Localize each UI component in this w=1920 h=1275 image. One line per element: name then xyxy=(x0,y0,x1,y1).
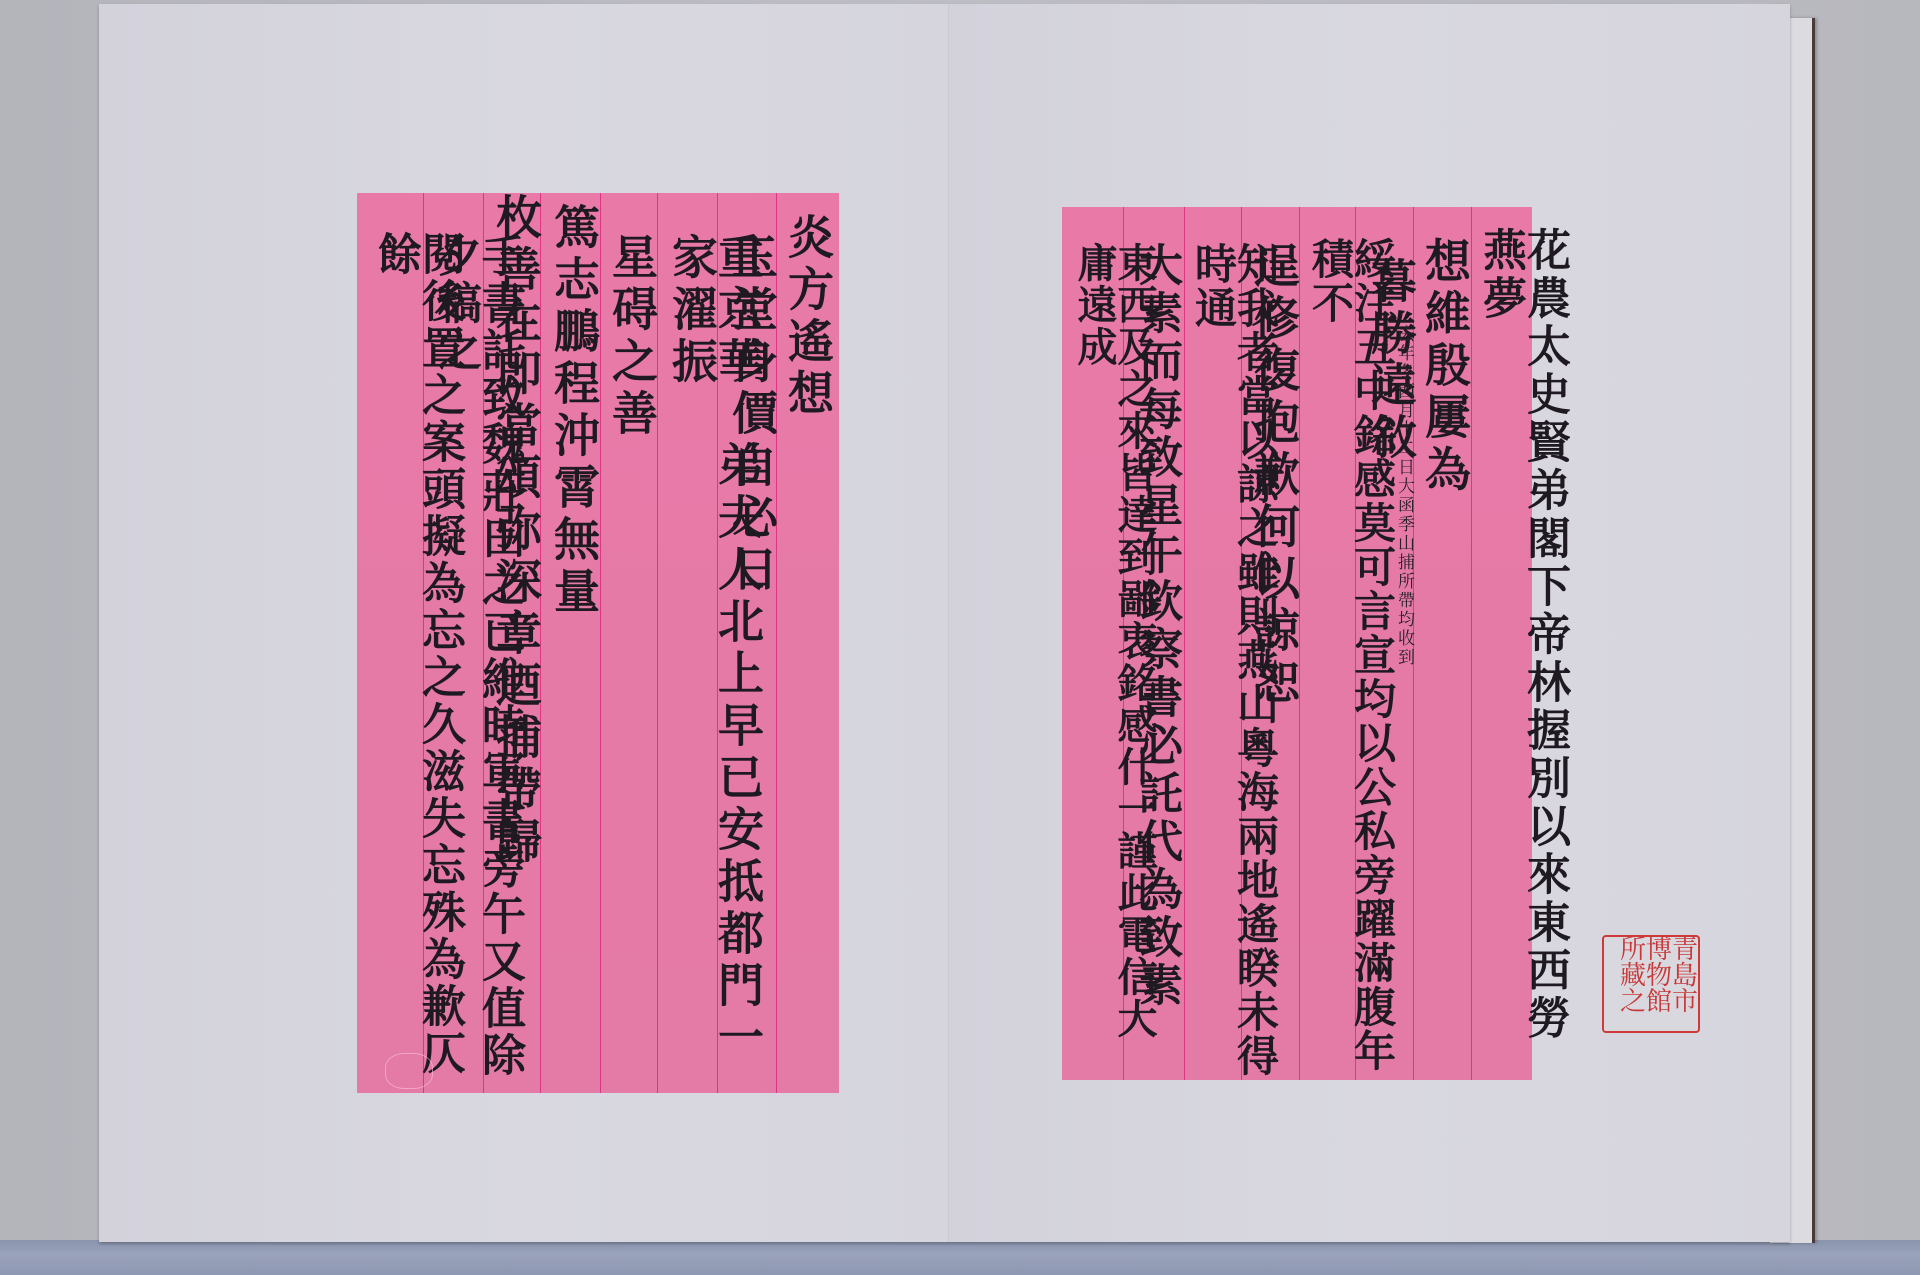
faint-seal-mark xyxy=(385,1053,433,1089)
annotation-column: 去年冬西月十二日大函季山捕所帶均收到 xyxy=(1395,325,1412,667)
calligraphy-column: 篤志鵬程沖霄無量 xyxy=(551,203,597,619)
left-page: 炎方遙想 玉堂身價自必日 重京華 弟夫人北上早已安抵都門一家濯振 星碍之善 篤志… xyxy=(99,4,949,1242)
right-page: 花農太史賢弟閣下帝林握別以來東西勞燕夢 想維殷屢為 暮勝遠敘 去年冬西月十二日大… xyxy=(949,4,1790,1242)
calligraphy-column: 閱後置之案頭擬為忘之久滋失忘殊為歉仄餘 xyxy=(373,231,461,1093)
calligraphy-column: 重京華 弟夫人北上早已安抵都門一家濯振 xyxy=(669,233,761,1093)
seal-character: 所 xyxy=(1620,937,1646,963)
calligraphy-column: 知我者當以諒之雖則燕山粵海兩地遙睽未得時通 xyxy=(1192,242,1276,1080)
open-album: 炎方遙想 玉堂身價自必日 重京華 弟夫人北上早已安抵都門一家濯振 星碍之善 篤志… xyxy=(99,4,1790,1242)
seal-character: 青 xyxy=(1672,937,1698,963)
seal-character: 館 xyxy=(1646,989,1672,1015)
calligraphy-column: 炎方遙想 xyxy=(785,213,831,421)
table-surface xyxy=(0,1240,1920,1275)
right-letter-panel: 花農太史賢弟閣下帝林握別以來東西勞燕夢 想維殷屢為 暮勝遠敘 去年冬西月十二日大… xyxy=(1062,207,1532,1080)
left-letter-panel: 炎方遙想 玉堂身價自必日 重京華 弟夫人北上早已安抵都門一家濯振 星碍之善 篤志… xyxy=(357,193,839,1093)
seal-character: 島 xyxy=(1672,963,1698,989)
calligraphy-column: 想維殷屢為 xyxy=(1422,237,1468,497)
seal-character: 藏 xyxy=(1620,963,1646,989)
seal-character: 博 xyxy=(1646,937,1672,963)
seal-character: 之 xyxy=(1620,989,1646,1015)
calligraphy-column: 星碍之善 xyxy=(609,233,655,441)
calligraphy-column: 花農太史賢弟閣下帝林握別以來東西勞燕夢 xyxy=(1478,227,1566,1080)
collection-seal: 青 島 市 博 物 館 所 藏 之 xyxy=(1602,935,1700,1033)
column-rule xyxy=(1184,207,1185,1080)
calligraphy-column: 東西及之來皆達到鄙衷銘感什一謹此電信大庸遠成 xyxy=(1074,242,1154,1080)
seal-character: 物 xyxy=(1646,963,1672,989)
seal-character: 市 xyxy=(1672,989,1698,1015)
calligraphy-column: 綏注五中銘感莫可言宣均以公私旁躍滿腹年積不 xyxy=(1309,237,1393,1080)
